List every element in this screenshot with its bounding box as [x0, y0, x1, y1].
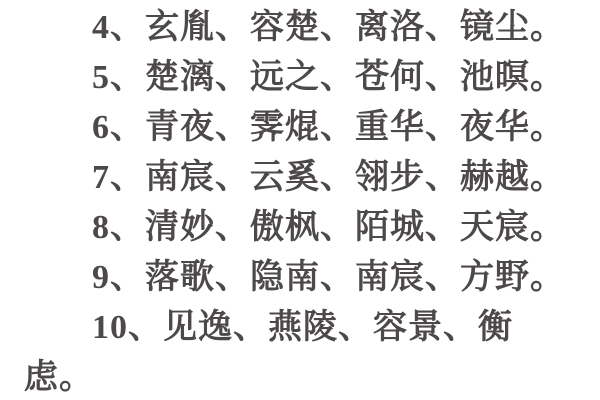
list-line: 4、玄胤、容楚、离洛、镜尘。 — [24, 3, 574, 53]
list-line: 9、落歌、隐南、南宸、方野。 — [24, 253, 574, 303]
name-list: 4、玄胤、容楚、离洛、镜尘。 5、楚漓、远之、苍何、池暝。 6、青夜、霁焜、重华… — [0, 0, 600, 400]
list-line: 10、见逸、燕陵、容景、衡 — [24, 303, 574, 353]
list-line: 5、楚漓、远之、苍何、池暝。 — [24, 53, 574, 103]
list-line: 7、南宸、云奚、翎步、赫越。 — [24, 153, 574, 203]
list-line: 6、青夜、霁焜、重华、夜华。 — [24, 103, 574, 153]
list-line-wrap: 虑。 — [24, 353, 574, 400]
list-line: 8、清妙、傲枫、陌城、天宸。 — [24, 203, 574, 253]
